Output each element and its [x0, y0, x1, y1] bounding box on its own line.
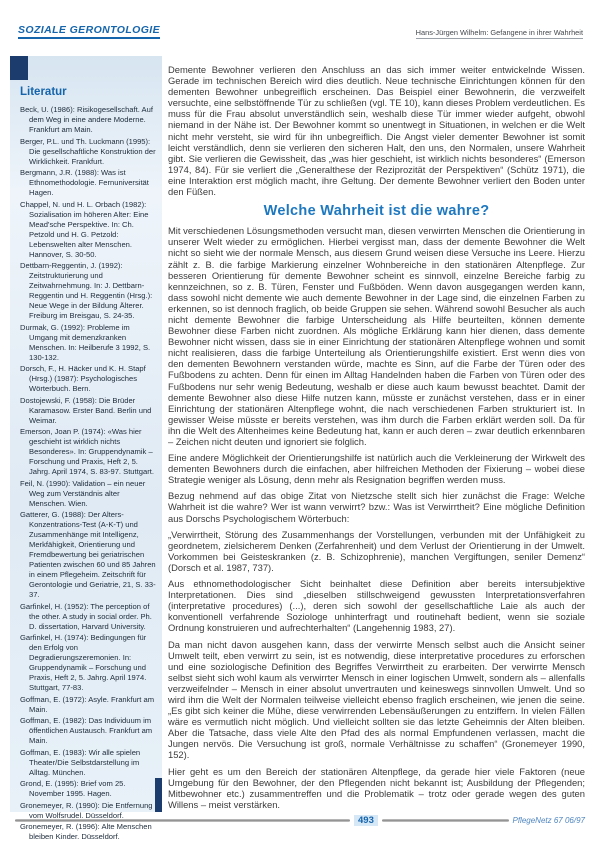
bibliography-list: Beck, U. (1986): Risikogesellschaft. Auf… [20, 105, 157, 842]
bibliography-entry: Durmak, G. (1992): Probleme im Umgang mi… [20, 323, 157, 363]
bibliography-entry: Chappel, N. und H. L. Orbach (1982): Soz… [20, 200, 157, 260]
footer-rule-left [15, 819, 350, 822]
body-paragraph: Mit verschiedenen Lösungsmethoden versuc… [168, 225, 585, 447]
page-number: 493 [354, 815, 378, 826]
bibliography-entry: Goffman, E. (1972): Asyle. Frankfurt am … [20, 695, 157, 715]
bibliography-entry: Bergmann, J.R. (1988): Was ist Ethnometh… [20, 168, 157, 198]
sidebar-title: Literatur [20, 86, 162, 98]
footer-rule-right [382, 819, 509, 822]
body-paragraph: Demente Bewohner verlieren den Anschluss… [168, 64, 585, 197]
intro-paragraphs: Demente Bewohner verlieren den Anschluss… [168, 64, 585, 197]
bibliography-entry: Beck, U. (1986): Risikogesellschaft. Auf… [20, 105, 157, 135]
bibliography-entry: Garfinkel, H. (1974): Bedingungen für de… [20, 633, 157, 693]
body-paragraph: „Verwirrtheit, Störung des Zusammenhangs… [168, 529, 585, 573]
section-paragraphs: Mit verschiedenen Lösungsmethoden versuc… [168, 225, 585, 810]
body-paragraph: Bezug nehmend auf das obige Zitat von Ni… [168, 490, 585, 523]
bibliography-entry: Garfinkel, H. (1952): The perception of … [20, 602, 157, 632]
corner-decoration [10, 56, 28, 80]
bibliography-entry: Gatterer, G. (1988): Der Alters-Konzentr… [20, 510, 157, 600]
literature-sidebar: Literatur Beck, U. (1986): Risikogesells… [10, 56, 162, 812]
bibliography-entry: Emerson, Joan P. (1974): «Was hier gesch… [20, 427, 157, 477]
article-body: Demente Bewohner verlieren den Anschluss… [168, 64, 585, 815]
running-title: Hans-Jürgen Wilhelm: Gefangene in ihrer … [416, 28, 583, 40]
body-paragraph: Hier geht es um den Bereich der stationä… [168, 766, 585, 810]
body-paragraph: Aus ethnomethodologischer Sicht beinhalt… [168, 578, 585, 633]
bibliography-entry: Goffman, E. (1983): Wir alle spielen The… [20, 748, 157, 778]
bibliography-entry: Grond, E. (1995): Brief vom 25. November… [20, 779, 157, 799]
page-header: SOZIALE GERONTOLOGIE Hans-Jürgen Wilhelm… [18, 24, 583, 39]
body-paragraph: Eine andere Möglichkeit der Orientierung… [168, 452, 585, 485]
page-footer: 493 PflegeNetz 67 06/97 [15, 815, 585, 826]
bibliography-entry: Goffman, E. (1982): Das Individuum im öf… [20, 716, 157, 746]
bibliography-entry: Berger, P.L. und Th. Luckmann (1995): Di… [20, 137, 157, 167]
body-paragraph: Da man nicht davon ausgehen kann, dass d… [168, 639, 585, 761]
bibliography-entry: Dorsch, F., H. Häcker und K. H. Stapf (H… [20, 364, 157, 394]
bibliography-entry: Dettbarn-Reggentin, J. (1992): Zeitstruk… [20, 261, 157, 321]
bibliography-entry: Feil, N. (1990): Validation – ein neuer … [20, 479, 157, 509]
article-heading: Welche Wahrheit ist die wahre? [168, 206, 585, 217]
section-title: SOZIALE GERONTOLOGIE [18, 24, 160, 39]
issue-info: PflegeNetz 67 06/97 [513, 816, 586, 825]
bibliography-entry: Dostojewski, F. (1958): Die Brüder Karam… [20, 396, 157, 426]
sidebar-bottom-accent [155, 778, 162, 812]
